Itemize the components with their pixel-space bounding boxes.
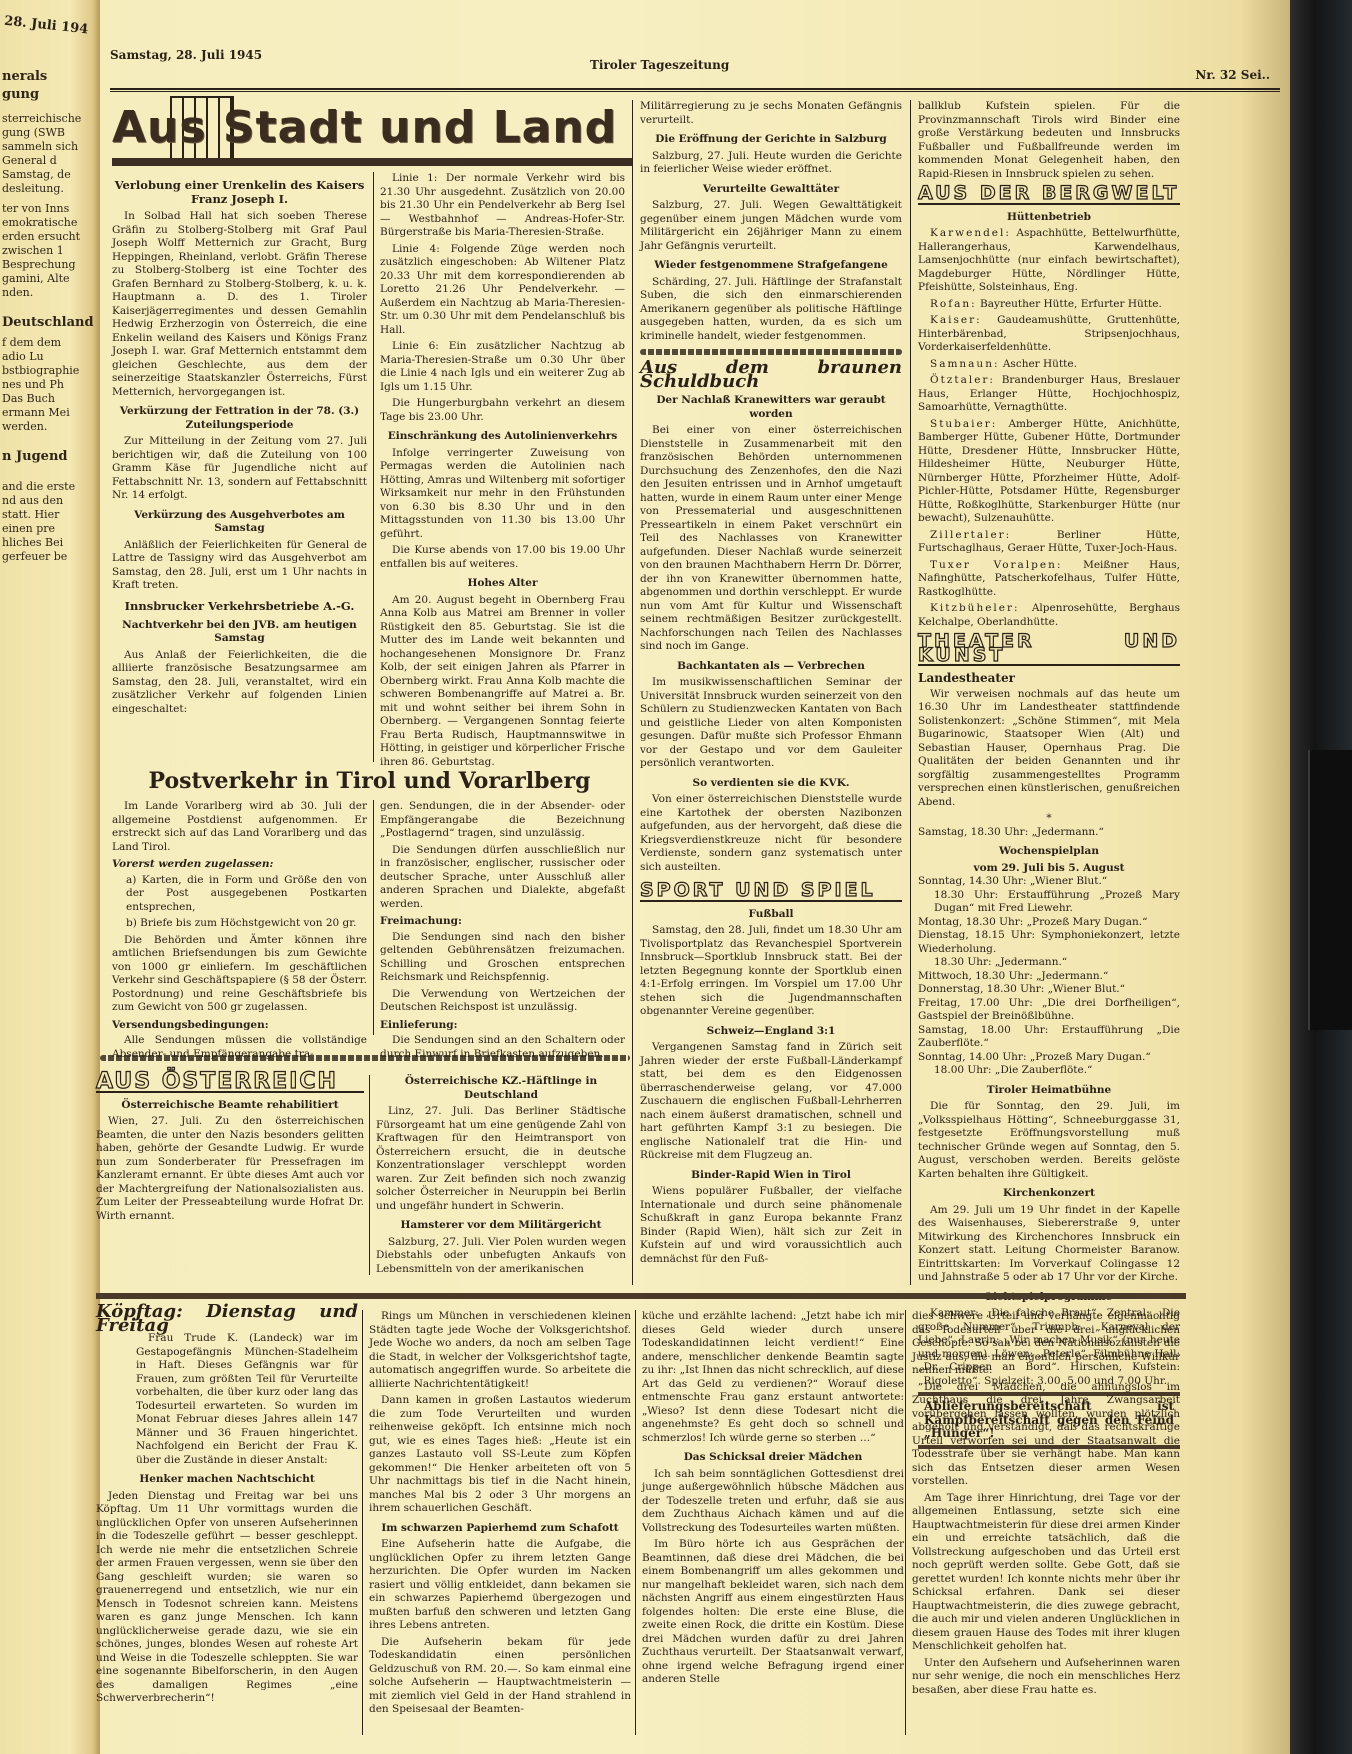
article-body: Salzburg, 27. Juli. Vier Polen wurden we… xyxy=(376,1236,626,1277)
article-body: Anläßlich der Feierlichkeiten für Genera… xyxy=(112,539,367,593)
fragment: sammeln sich xyxy=(2,140,78,154)
headline: Binder-Rapid Wien in Tirol xyxy=(640,1169,902,1183)
headline: Verurteilte Gewalttäter xyxy=(640,183,902,197)
section-divider-bar xyxy=(96,1293,1186,1299)
schedule-line: Donnerstag, 18.30 Uhr: „Wiener Blut.“ xyxy=(918,983,1180,997)
schedule-line: Freitag, 17.00 Uhr: „Die drei Dorfheilig… xyxy=(918,997,1180,1024)
headline: Der Nachlaß Kranewitters war geraubt wor… xyxy=(640,394,902,421)
article-body: Salzburg, 27. Juli. Wegen Gewalttätigkei… xyxy=(640,199,902,253)
section-title-theater: THEATER UND KUNST xyxy=(918,635,1180,666)
fragment: ermann Mei xyxy=(2,406,70,420)
headline: So verdienten sie die KVK. xyxy=(640,777,902,791)
fragment: Das Buch xyxy=(2,392,55,406)
article-body: gen. Sendungen, die in der Absender- ode… xyxy=(380,800,625,841)
article-body: Infolge verringerter Zuweisung von Perma… xyxy=(380,447,625,542)
column-divider xyxy=(373,800,374,1035)
headline: Hamsterer vor dem Militärgericht xyxy=(376,1219,626,1233)
article-continuation: Militärregierung zu je sechs Monaten Gef… xyxy=(640,100,902,127)
article-body: Bei einer von einer österreichischen Die… xyxy=(640,424,902,654)
subheadline: Nachtverkehr bei den JVB. am heutigen Sa… xyxy=(112,619,367,646)
newspaper-name: Tiroler Tageszeitung xyxy=(590,58,729,72)
article-body: Zur Mitteilung in der Zeitung vom 27. Ju… xyxy=(112,435,367,503)
fragment: ter von Inns xyxy=(2,202,69,216)
fragment: General d xyxy=(2,154,57,168)
fragment: and die erste xyxy=(2,480,75,494)
subheadline: Das Schicksal dreier Mädchen xyxy=(642,1451,904,1465)
article-body: Ich sah beim sonntäglichen Gottesdienst … xyxy=(642,1468,904,1536)
hut-entry: Kaiser: Gaudeamushütte, Gruttenhütte, Hi… xyxy=(918,314,1180,355)
koepftag-column-4: dies schwere Urteil und verhängte eigenm… xyxy=(912,1310,1180,1700)
article-body: Im Lande Vorarlberg wird ab 30. Juli der… xyxy=(112,800,367,854)
fragment: gung xyxy=(2,88,39,102)
fragment: emokratische xyxy=(2,216,77,230)
fragment: adio Lu xyxy=(2,350,44,364)
fragment: nerals xyxy=(2,70,47,84)
article-body: Aus Anlaß der Feierlichkeiten, die die a… xyxy=(112,649,367,717)
headline: Wieder festgenommene Strafgefangene xyxy=(640,259,902,273)
koepftag-column-1: Köpftag: Dienstag und Freitag Frau Trude… xyxy=(96,1305,358,1709)
hut-entry: Ötztaler: Brandenburger Haus, Breslauer … xyxy=(918,374,1180,415)
hut-entry: Zillertaler: Berliner Hütte, Furtschaglh… xyxy=(918,529,1180,556)
issue-number: Nr. 32 Sei.. xyxy=(1195,68,1270,82)
article-body: Dann kamen in großen Lastautos wiederum … xyxy=(369,1394,631,1516)
fragment: Besprechung xyxy=(2,258,76,272)
wavy-divider xyxy=(640,349,902,355)
section-title-sport: SPORT UND SPIEL xyxy=(640,884,902,902)
fragment: werden. xyxy=(2,420,47,434)
subheadline: Versendungsbedingungen: xyxy=(112,1019,367,1033)
headline: Österreichische Beamte rehabilitiert xyxy=(96,1099,364,1113)
fragment: f dem dem xyxy=(2,336,61,350)
article-body: küche und erzählte lachend: „Jetzt habe … xyxy=(642,1310,904,1445)
column-1: Verlobung einer Urenkelin des Kaisers Fr… xyxy=(112,172,367,719)
subheadline: Einlieferung: xyxy=(380,1019,625,1033)
linie-6: Linie 6: Ein zusätzlicher Nachtzug ab Ma… xyxy=(380,340,625,394)
column-4: ballklub Kufstein spielen. Für die Provi… xyxy=(918,100,1180,1449)
fragment: Deutschland xyxy=(2,316,94,330)
headline: Innsbrucker Verkehrsbetriebe A.-G. xyxy=(112,599,367,613)
article-body: Wiens populärer Fußballer, der vielfache… xyxy=(640,1185,902,1266)
adjacent-page-strip: 28. Juli 194 nerals gung sterreichische … xyxy=(0,0,100,1754)
section-title-oesterreich: AUS ÖSTERREICH xyxy=(96,1075,364,1093)
hut-entry: Tuxer Voralpen: Meißner Haus, Nafinghütt… xyxy=(918,559,1180,600)
schedule-line: Mittwoch, 18.30 Uhr: „Jedermann.“ xyxy=(918,970,1180,984)
headline: Einschränkung des Autolinienverkehrs xyxy=(380,430,625,444)
fragment: gerfeuer be xyxy=(2,550,67,564)
article-body: Im musikwissenschaftlichen Seminar der U… xyxy=(640,676,902,771)
column-divider xyxy=(362,1310,363,1735)
article-body: Die Kurse abends von 17.00 bis 19.00 Uhr… xyxy=(380,544,625,571)
subheadline: Vorerst werden zugelassen: xyxy=(112,858,367,872)
hut-entry: Karwendel: Aspachhütte, Bettelwurfhütte,… xyxy=(918,227,1180,295)
separator-star: * xyxy=(918,812,1180,826)
subheadline: Freimachung: xyxy=(380,915,625,929)
headline: Kirchenkonzert xyxy=(918,1187,1180,1201)
headline: Verkürzung der Fettration in der 78. (3.… xyxy=(112,405,367,432)
article-body: Im Büro hörte ich aus Gesprächen der Bea… xyxy=(642,1538,904,1687)
headline: Wochenspielplan xyxy=(918,845,1180,859)
article-body: Am Tage ihrer Hinrichtung, drei Tage vor… xyxy=(912,1492,1180,1654)
headline: Landestheater xyxy=(918,672,1180,686)
hut-entry: Kitzbüheler: Alpenrosehütte, Berghaus Ke… xyxy=(918,602,1180,629)
column-divider xyxy=(910,100,911,1285)
headline: Verkürzung des Ausgehverbotes am Samstag xyxy=(112,509,367,536)
article-body: Die Verwendung von Wertzeichen der Deuts… xyxy=(380,988,625,1015)
fragment: Samstag, de xyxy=(2,168,71,182)
fragment: zwischen 1 xyxy=(2,244,64,258)
fragment: nden. xyxy=(2,286,33,300)
column-divider xyxy=(369,1075,370,1275)
headline: Die Eröffnung der Gerichte in Salzburg xyxy=(640,133,902,147)
fragment: bstbiographie xyxy=(2,364,79,378)
article-body: Schärding, 27. Juli. Häftlinge der Straf… xyxy=(640,276,902,344)
linie-1: Linie 1: Der normale Verkehr wird bis 21… xyxy=(380,172,625,240)
fragment: gamini, Alte xyxy=(2,272,70,286)
post-column-right: gen. Sendungen, die in der Absender- ode… xyxy=(380,800,625,1064)
fragment: n Jugend xyxy=(2,450,67,464)
oesterreich-column-left: AUS ÖSTERREICH Österreichische Beamte re… xyxy=(96,1075,364,1226)
list-item: a) Karten, die in Form und Größe den von… xyxy=(112,874,367,915)
adjacent-page-date: 28. Juli 194 xyxy=(3,14,88,38)
schedule-line: Montag, 18.30 Uhr: „Prozeß Mary Dugan.“ xyxy=(918,916,1180,930)
linie-4: Linie 4: Folgende Züge werden noch zusät… xyxy=(380,243,625,338)
wavy-divider xyxy=(100,1055,630,1061)
column-2: Linie 1: Der normale Verkehr wird bis 21… xyxy=(380,172,625,772)
article-body: Die Behörden und Ämter können ihre amtli… xyxy=(112,934,367,1015)
section-title-schuldbuch: Aus dem braunen Schuldbuch xyxy=(640,361,902,388)
koepftag-column-2: Rings um München in verschiedenen kleine… xyxy=(369,1310,631,1720)
oesterreich-column-right: Österreichische KZ.-Häftlinge in Deutsch… xyxy=(376,1075,626,1279)
article-body: Vergangenen Samstag fand in Zürich seit … xyxy=(640,1041,902,1163)
schedule-line: Dienstag, 18.15 Uhr: Symphoniekonzert, l… xyxy=(918,929,1180,956)
schedule-line: Sonntag, 14.30 Uhr: „Wiener Blut.“ xyxy=(918,875,1180,889)
article-body: Die für Sonntag, den 29. Juli, im „Volks… xyxy=(918,1100,1180,1181)
headline-koepftag: Köpftag: Dienstag und Freitag xyxy=(96,1305,358,1332)
fragment: einen pre xyxy=(2,522,55,536)
article-body: Am 29. Juli um 19 Uhr findet in der Kape… xyxy=(918,1204,1180,1285)
column-divider xyxy=(373,172,374,762)
masthead-title: Aus Stadt und Land xyxy=(112,102,617,153)
article-body: Die drei Mädchen, die ahnungslos im Zuch… xyxy=(912,1381,1180,1489)
fragment: nd aus den xyxy=(2,494,63,508)
hungerburgbahn: Die Hungerburgbahn verkehrt an diesem Ta… xyxy=(380,397,625,424)
article-body: In Solbad Hall hat sich soeben Therese G… xyxy=(112,210,367,399)
headline: Bachkantaten als — Verbrechen xyxy=(640,660,902,674)
fragment: hliches Bei xyxy=(2,536,63,550)
header-rule xyxy=(110,88,1280,92)
page-header: Samstag, 28. Juli 1945 Tiroler Tageszeit… xyxy=(110,30,1280,60)
article-body: Die Sendungen dürfen ausschließlich nur … xyxy=(380,844,625,912)
koepftag-column-3: küche und erzählte lachend: „Jetzt habe … xyxy=(642,1310,904,1690)
fragment: gung (SWB xyxy=(2,126,65,140)
fragment: desleitung. xyxy=(2,182,64,196)
article-body: dies schwere Urteil und verhängte eigenm… xyxy=(912,1310,1180,1378)
headline: Schweiz—England 3:1 xyxy=(640,1025,902,1039)
subheadline: Im schwarzen Papierhemd zum Schafott xyxy=(369,1522,631,1536)
hut-entry: Samnaun: Ascher Hütte. xyxy=(918,358,1180,372)
column-divider xyxy=(905,1310,906,1735)
article-body: Samstag, den 28. Juli, findet um 18.30 U… xyxy=(640,924,902,1019)
article-body: Eine Aufseherin hatte die Aufgabe, die u… xyxy=(369,1538,631,1633)
section-masthead: Aus Stadt und Land xyxy=(112,100,632,160)
fragment: nes und Ph xyxy=(2,378,64,392)
schedule-line: Samstag, 18.30 Uhr: „Jedermann.“ xyxy=(918,826,1180,840)
book-binding xyxy=(1290,0,1352,1754)
hut-entry: Rofan: Bayreuther Hütte, Erfurter Hütte. xyxy=(918,298,1180,312)
schedule-line: 18.30 Uhr: „Jedermann.“ xyxy=(918,956,1180,970)
post-column-left: Im Lande Vorarlberg wird ab 30. Juli der… xyxy=(112,800,367,1064)
article-body: Wien, 27. Juli. Zu den österreichischen … xyxy=(96,1115,364,1223)
binding-strap xyxy=(1308,750,1352,1030)
newspaper-page: 28. Juli 194 nerals gung sterreichische … xyxy=(0,0,1290,1754)
article-body: Linz, 27. Juli. Das Berliner Städtische … xyxy=(376,1105,626,1213)
headline: Tiroler Heimatbühne xyxy=(918,1084,1180,1098)
article-body: Jeden Dienstag und Freitag war bei uns K… xyxy=(96,1490,358,1706)
column-divider xyxy=(635,1310,636,1735)
article-intro: Frau Trude K. (Landeck) war im Gestapoge… xyxy=(136,1332,358,1467)
subheadline: vom 29. Juli bis 5. August xyxy=(918,862,1180,876)
headline: Fußball xyxy=(640,908,902,922)
article-body: Von einer österreichischen Dienststelle … xyxy=(640,793,902,874)
fragment: statt. Hier xyxy=(2,508,59,522)
article-body: Die Sendungen sind nach den bisher gelte… xyxy=(380,931,625,985)
list-item: b) Briefe bis zum Höchstgewicht von 20 g… xyxy=(112,917,367,931)
headline-postverkehr: Postverkehr in Tirol und Vorarlberg xyxy=(112,768,627,794)
column-3: Militärregierung zu je sechs Monaten Gef… xyxy=(640,100,902,1269)
schedule-line: Samstag, 18.00 Uhr: Erstaufführung „Die … xyxy=(918,1024,1180,1051)
masthead-bar xyxy=(112,158,632,166)
article-body: Die Aufseherin bekam für jede Todeskandi… xyxy=(369,1636,631,1717)
subheadline: Henker machen Nachtschicht xyxy=(96,1473,358,1487)
column-divider xyxy=(632,100,633,1285)
issue-date: Samstag, 28. Juli 1945 xyxy=(110,48,262,62)
headline: Österreichische KZ.-Häftlinge in Deutsch… xyxy=(376,1075,626,1102)
article-body: Am 20. August begeht in Obernberg Frau A… xyxy=(380,594,625,770)
headline: Hohes Alter xyxy=(380,577,625,591)
headline: Hüttenbetrieb xyxy=(918,211,1180,225)
fragment: erden ersucht xyxy=(2,230,80,244)
schedule-line: Sonntag, 14.00 Uhr: „Prozeß Mary Dugan.“ xyxy=(918,1051,1180,1065)
hut-entry: Stubaier: Amberger Hütte, Anichhütte, Ba… xyxy=(918,418,1180,526)
headline: Verlobung einer Urenkelin des Kaisers Fr… xyxy=(112,178,367,206)
schedule-line: 18.30 Uhr: Erstaufführung „Prozeß Mary D… xyxy=(918,889,1180,916)
schedule-line: 18.00 Uhr: „Die Zauberflöte.“ xyxy=(918,1064,1180,1078)
article-body: Unter den Aufsehern und Aufseherinnen wa… xyxy=(912,1657,1180,1698)
article-body: Salzburg, 27. Juli. Heute wurden die Ger… xyxy=(640,150,902,177)
article-continuation: ballklub Kufstein spielen. Für die Provi… xyxy=(918,100,1180,181)
section-title-bergwelt: AUS DER BERGWELT xyxy=(918,187,1180,205)
article-body: Rings um München in verschiedenen kleine… xyxy=(369,1310,631,1391)
fragment: sterreichische xyxy=(2,112,81,126)
article-body: Wir verweisen nochmals auf das heute um … xyxy=(918,688,1180,810)
